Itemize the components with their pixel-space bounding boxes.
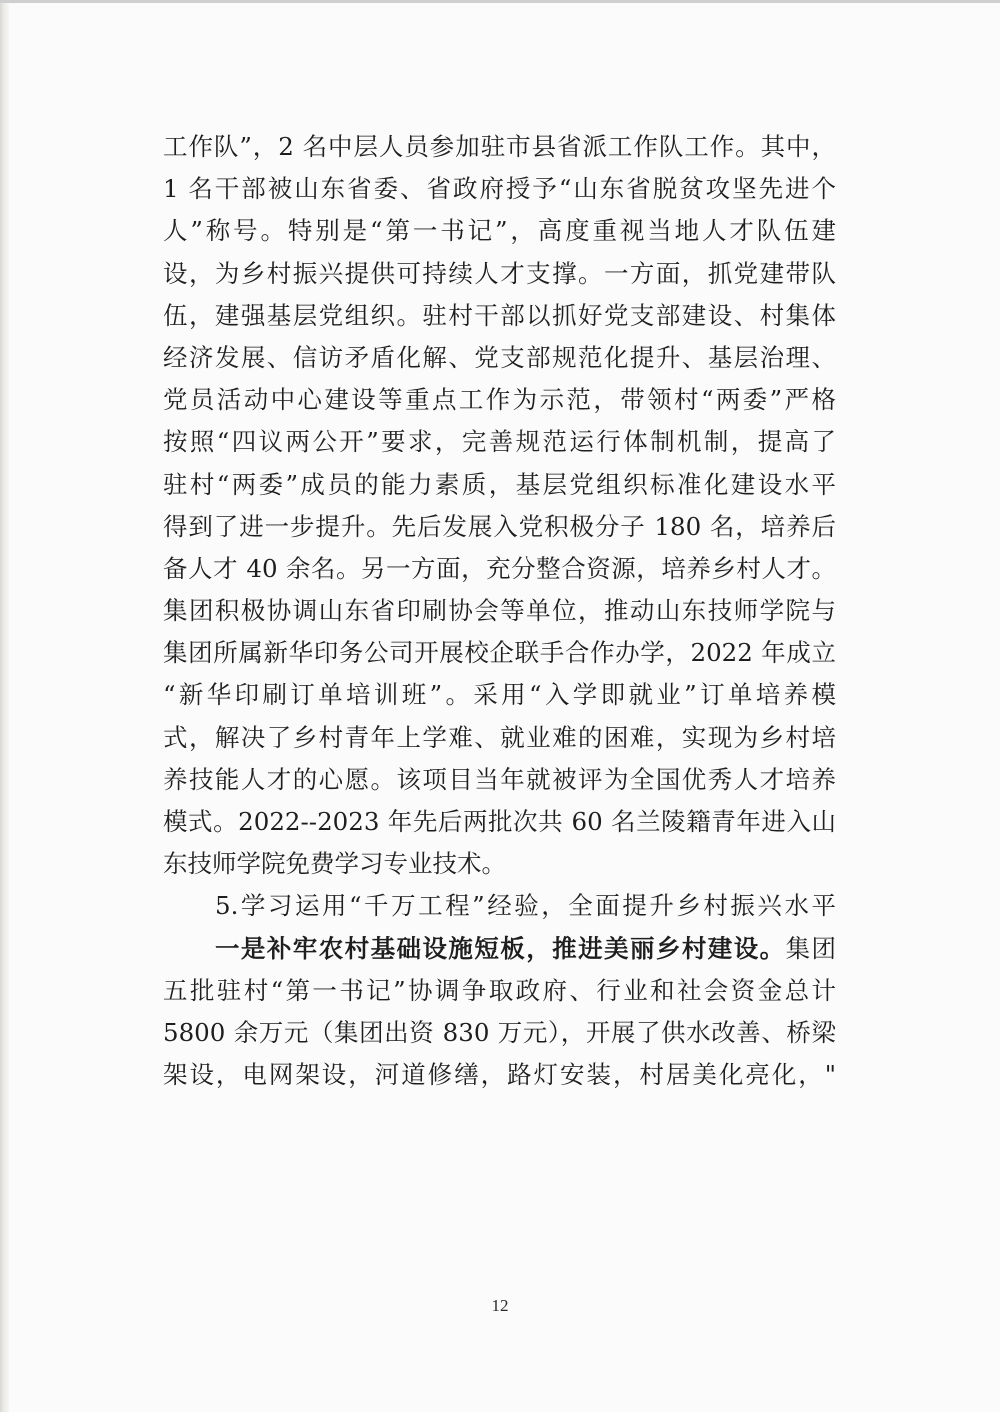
text-line: 五批驻村“第一书记”协调争取政府、行业和社会资金总计 <box>163 970 836 1012</box>
text-line: 工作队”，2 名中层人员参加驻市县省派工作队工作。其中， <box>163 126 836 168</box>
text-line: 东技师学院免费学习专业技术。 <box>163 843 836 885</box>
document-page: 工作队”，2 名中层人员参加驻市县省派工作队工作。其中， 1 名干部被山东省委、… <box>0 0 1000 1412</box>
section-heading: 5.学习运用“千万工程”经验，全面提升乡村振兴水平 <box>163 885 836 927</box>
text-line: 集团所属新华印务公司开展校企联手合作办学，2022 年成立 <box>163 632 836 674</box>
scan-top-edge <box>0 0 1000 3</box>
text-line: 养技能人才的心愿。该项目当年就被评为全国优秀人才培养 <box>163 759 836 801</box>
text-line: 经济发展、信访矛盾化解、党支部规范化提升、基层治理、 <box>163 337 836 379</box>
subsection-bold-lead: 一是补牢农村基础设施短板，推进美丽乡村建设。 <box>215 934 786 963</box>
text-line: 模式。2022--2023 年先后两批次共 60 名兰陵籍青年进入山 <box>163 801 836 843</box>
page-number: 12 <box>0 1296 1000 1316</box>
text-line: 集团积极协调山东省印刷协会等单位，推动山东技师学院与 <box>163 590 836 632</box>
subsection-line: 一是补牢农村基础设施短板，推进美丽乡村建设。集团 <box>163 928 836 970</box>
text-line: 设，为乡村振兴提供可持续人才支撑。一方面，抓党建带队 <box>163 253 836 295</box>
text-line: 按照“四议两公开”要求，完善规范运行体制机制，提高了 <box>163 421 836 463</box>
text-line: 式，解决了乡村青年上学难、就业难的困难，实现为乡村培 <box>163 717 836 759</box>
text-line: 伍，建强基层党组织。驻村干部以抓好党支部建设、村集体 <box>163 295 836 337</box>
text-line: 5800 余万元（集团出资 830 万元），开展了供水改善、桥梁 <box>163 1012 836 1054</box>
text-line: 备人才 40 余名。另一方面，充分整合资源，培养乡村人才。 <box>163 548 836 590</box>
text-line: 党员活动中心建设等重点工作为示范，带领村“两委”严格 <box>163 379 836 421</box>
text-line: “新华印刷订单培训班”。采用“入学即就业”订单培养模 <box>163 674 836 716</box>
text-line: 人”称号。特别是“第一书记”，高度重视当地人才队伍建 <box>163 210 836 252</box>
scan-left-edge <box>0 0 9 1412</box>
text-line: 得到了进一步提升。先后发展入党积极分子 180 名，培养后 <box>163 506 836 548</box>
text-line: 架设，电网架设，河道修缮，路灯安装，村居美化亮化，" <box>163 1054 836 1096</box>
subsection-rest: 集团 <box>786 934 836 963</box>
body-text: 工作队”，2 名中层人员参加驻市县省派工作队工作。其中， 1 名干部被山东省委、… <box>163 126 836 1096</box>
text-line: 驻村“两委”成员的能力素质，基层党组织标准化建设水平 <box>163 464 836 506</box>
text-line: 1 名干部被山东省委、省政府授予“山东省脱贫攻坚先进个 <box>163 168 836 210</box>
